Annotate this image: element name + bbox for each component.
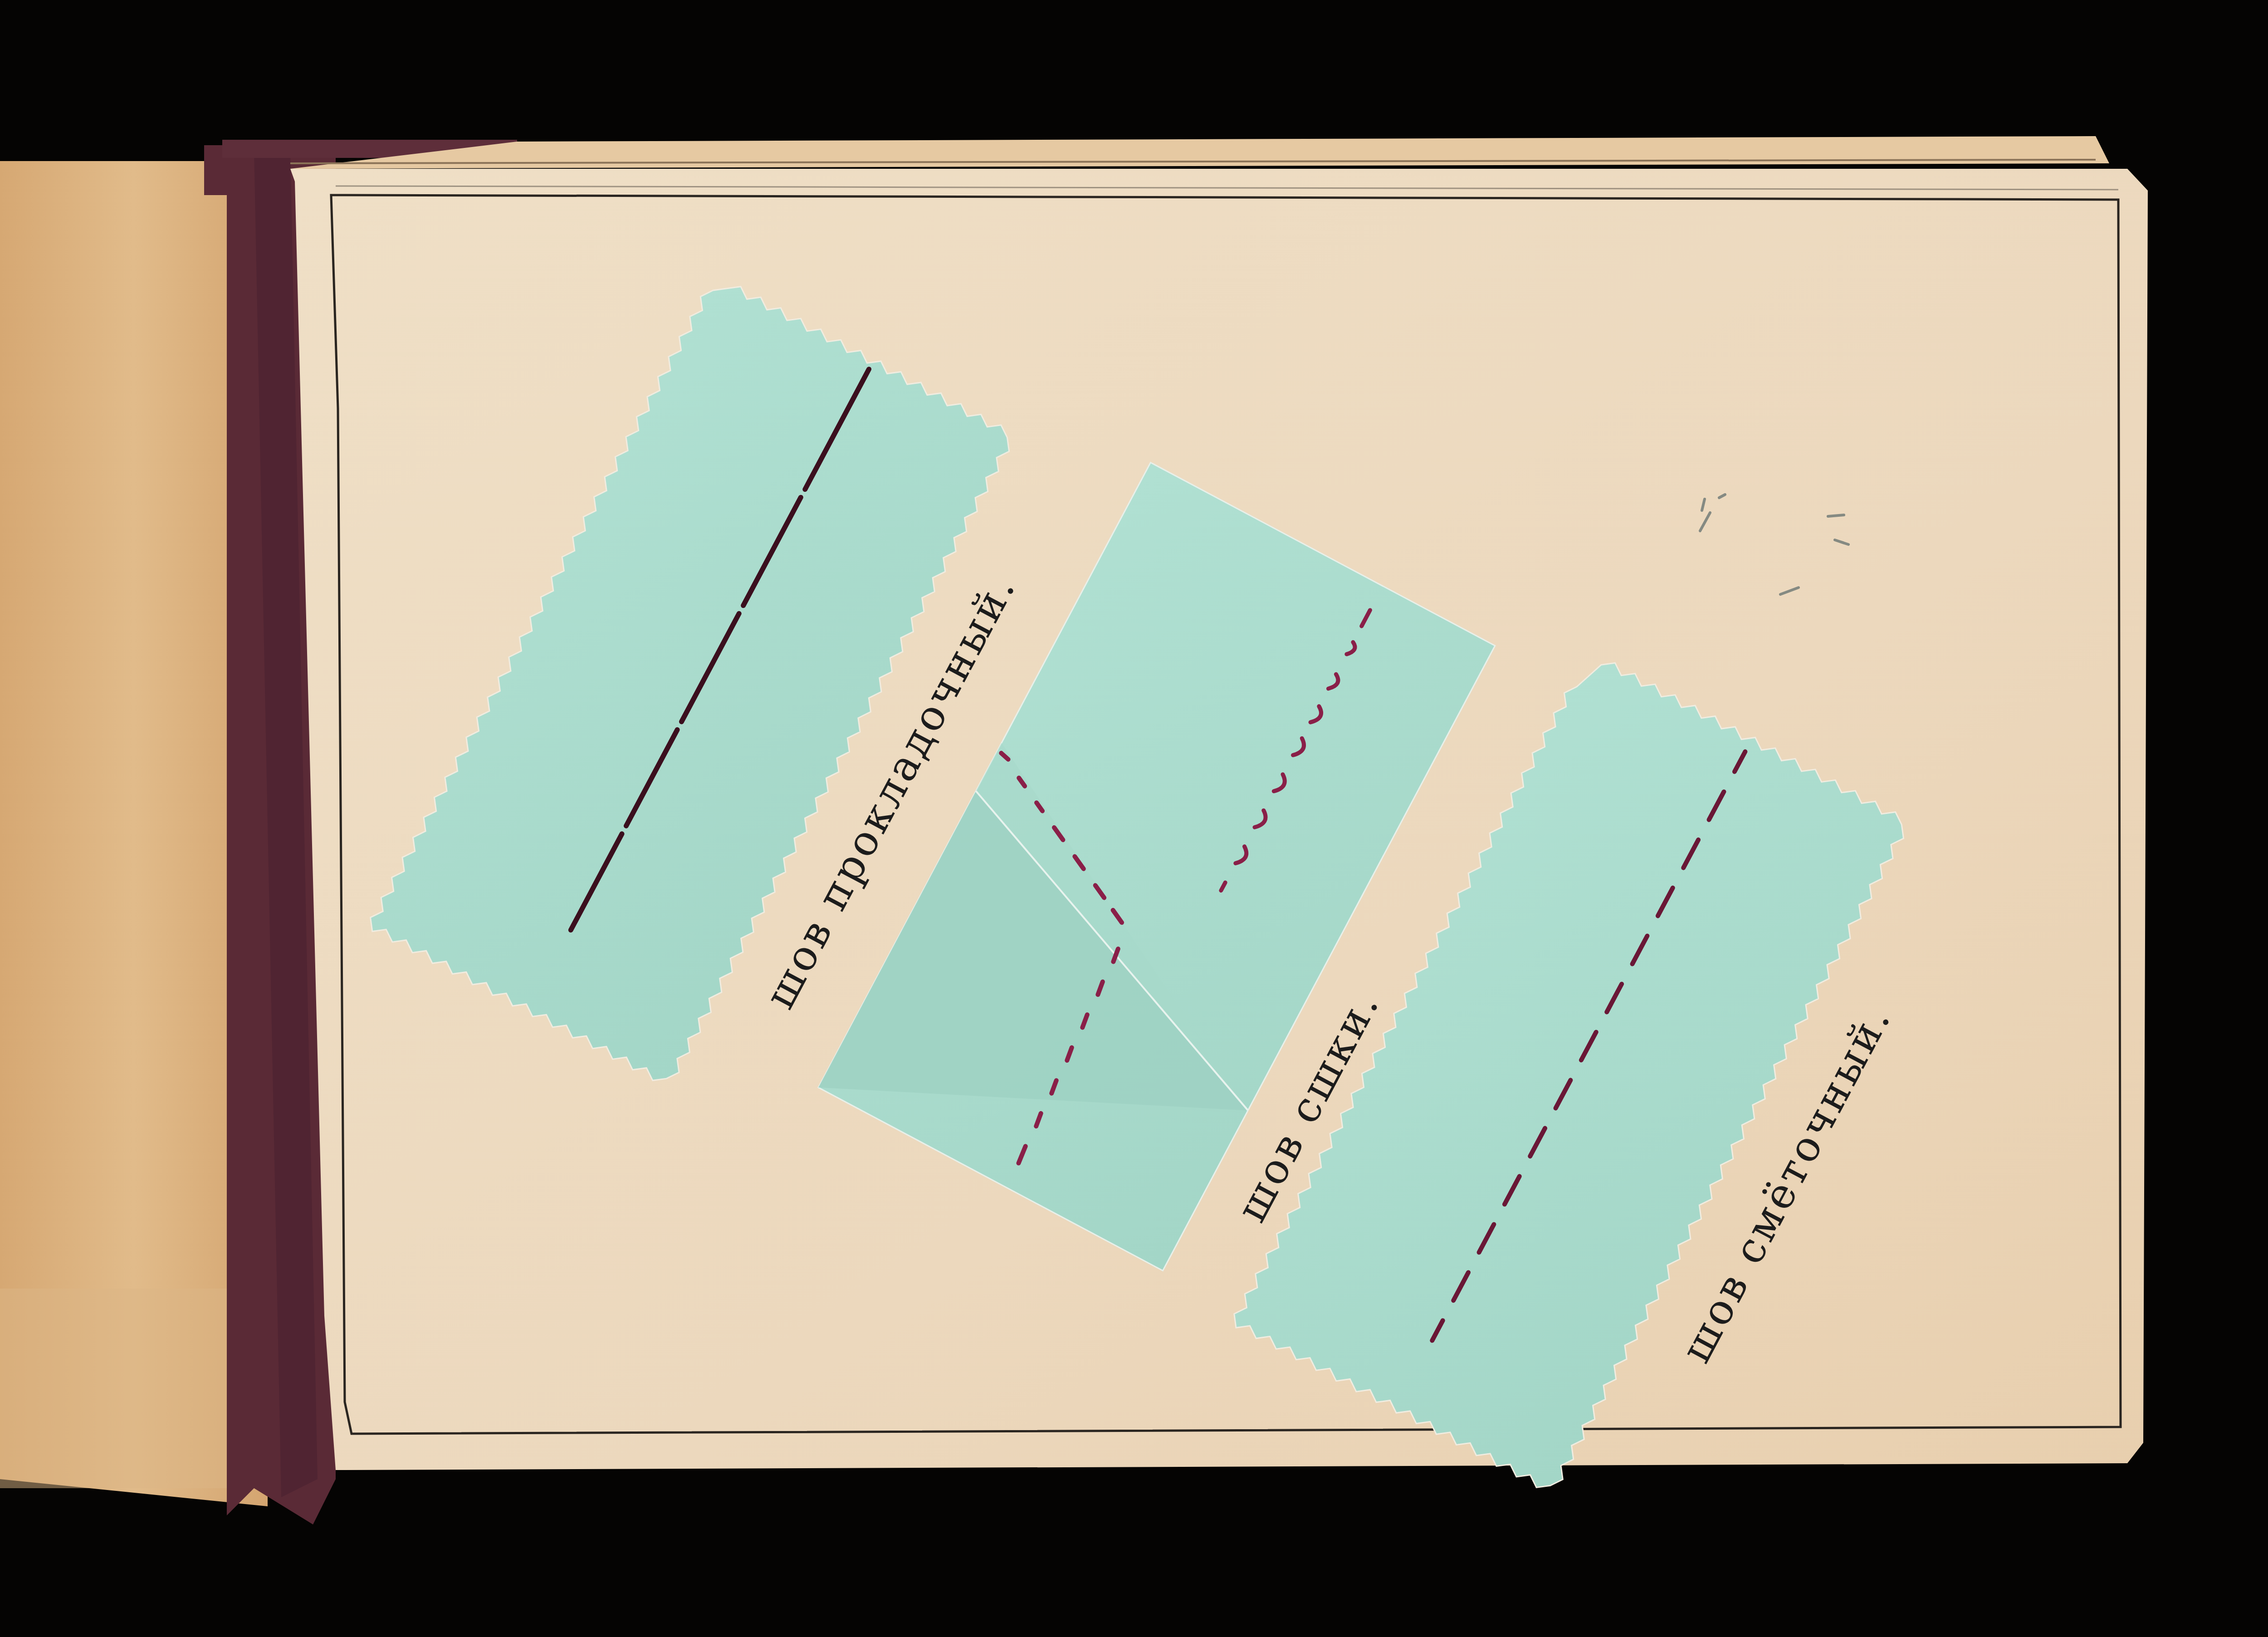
album-photo: шов прокладочный.	[0, 0, 2268, 1637]
page-stack-edge	[290, 136, 2109, 169]
